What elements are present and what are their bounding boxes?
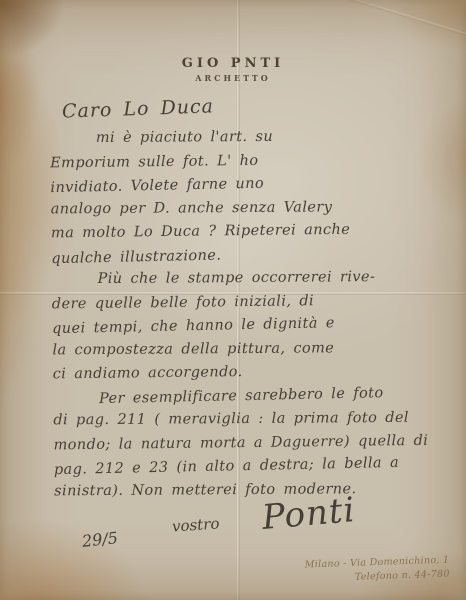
handwritten-line: di pag. 211 ( meraviglia : la prima foto… bbox=[53, 407, 445, 433]
letter-page: GIO PNTI ARCHETTO Caro Lo Duca mi è piac… bbox=[0, 0, 466, 600]
salutation: Caro Lo Duca bbox=[62, 95, 215, 122]
letter-date: 29/5 bbox=[81, 528, 119, 551]
handwritten-line: mi è piaciuto l'art. su bbox=[50, 125, 442, 151]
printed-footer: Milano - Via Domenichino, 1 Telefono n. … bbox=[305, 553, 450, 586]
handwritten-line: Più che le stampe occorrerei rive- bbox=[51, 266, 443, 292]
letterhead-name: GIO PNTI bbox=[0, 56, 466, 71]
letter-body: mi è piaciuto l'art. suEmporium sulle fo… bbox=[50, 124, 447, 505]
handwritten-line: la compostezza della pittura, come bbox=[52, 336, 444, 362]
diagonal-corner-crease bbox=[299, 0, 466, 49]
letterhead-title: ARCHETTO bbox=[0, 73, 466, 83]
valediction: vostro bbox=[171, 514, 220, 535]
letterhead: GIO PNTI ARCHETTO bbox=[0, 56, 466, 83]
handwritten-line: sinistra). Non metterei foto moderne. bbox=[54, 477, 446, 503]
signature: Ponti bbox=[260, 490, 357, 538]
handwritten-line: analogo per D. anche senza Valery bbox=[51, 195, 443, 221]
